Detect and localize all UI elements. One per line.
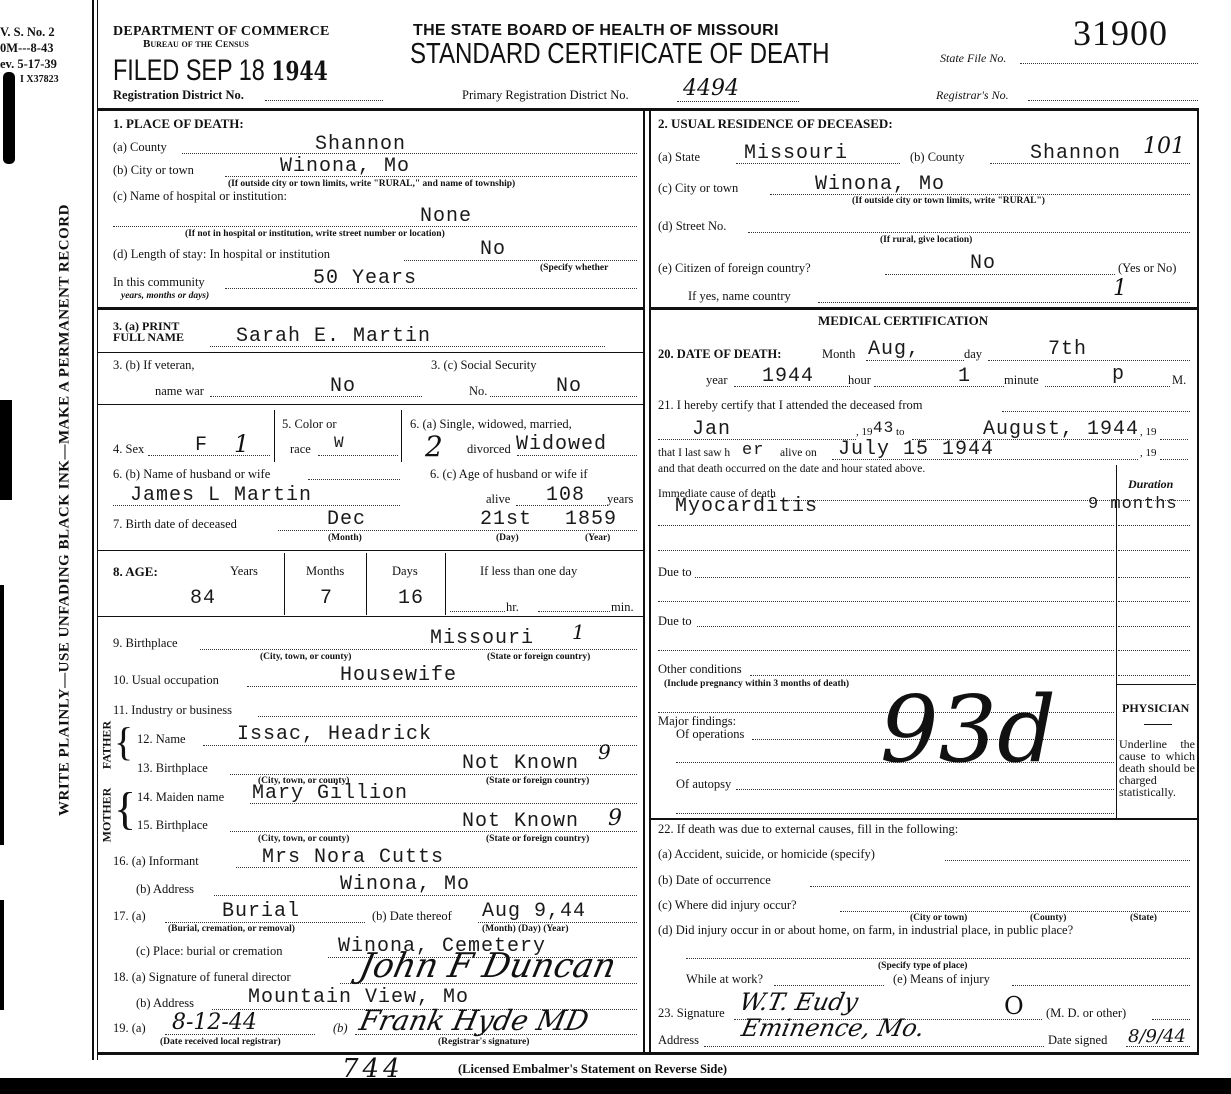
- marital-check-mark: 2: [425, 430, 443, 463]
- death-year-value: 1944: [762, 365, 814, 388]
- duration-field-6[interactable]: [1118, 626, 1190, 627]
- autopsy-field[interactable]: [736, 789, 1114, 790]
- residence-state-label: (a) State: [658, 150, 700, 165]
- occupation-value: Housewife: [340, 664, 457, 687]
- length-of-stay-value: No: [480, 238, 506, 261]
- registrar-date-label: 19. (a): [113, 1021, 146, 1036]
- external-b-field[interactable]: [810, 886, 1190, 887]
- scan-artifact-bar-bottom: [0, 900, 4, 1010]
- duration-field-1[interactable]: [1118, 500, 1190, 501]
- scan-artifact-bar-mid: [0, 400, 12, 500]
- foreign-country-field[interactable]: [818, 302, 1190, 303]
- social-security-no-label: No.: [469, 384, 487, 399]
- death-county-label: (a) County: [113, 140, 167, 155]
- scan-artifact-bar-top: [3, 72, 15, 164]
- informant-address-value: Winona, Mo: [340, 873, 470, 896]
- death-hour-field[interactable]: [874, 386, 1004, 387]
- state-file-number: 31900: [1073, 12, 1168, 54]
- external-causes-heading: 22. If death was due to external causes,…: [658, 822, 958, 837]
- citizen-field[interactable]: [885, 274, 1115, 275]
- birth-month-value: Dec: [327, 508, 366, 531]
- marital-value: Widowed: [516, 433, 607, 456]
- death-month-value: Aug,: [868, 338, 920, 361]
- citizen-yes-no-suffix: (Yes or No): [1118, 261, 1176, 276]
- foreign-country-label: If yes, name country: [688, 289, 791, 304]
- industry-label: 11. Industry or business: [113, 703, 232, 718]
- race-value: W: [334, 434, 345, 452]
- age-less-than-day-label: If less than one day: [480, 564, 577, 579]
- last-saw-label: that I last saw h: [658, 447, 730, 459]
- attended-from-field[interactable]: [658, 439, 856, 440]
- registrars-no-field[interactable]: [1028, 100, 1198, 101]
- operations-label: Of operations: [676, 727, 744, 742]
- father-state-note: (State or foreign country): [486, 776, 589, 786]
- informant-address-label: (b) Address: [136, 882, 194, 897]
- death-year-label: year: [706, 373, 728, 388]
- while-at-work-field[interactable]: [774, 985, 884, 986]
- occupation-label: 10. Usual occupation: [113, 673, 219, 688]
- foreign-country-check-mark: 1: [1113, 276, 1127, 301]
- date-signed-label: Date signed: [1048, 1033, 1107, 1048]
- spouse-label-dots: [308, 479, 400, 480]
- rule-after-name: [97, 352, 643, 353]
- external-c-county-note: (County): [1030, 913, 1066, 923]
- birth-day-value: 21st: [480, 508, 532, 531]
- age-days-label: Days: [392, 564, 418, 579]
- disposition-date-label: (b) Date thereof: [372, 909, 452, 924]
- father-side-label: FATHER: [100, 721, 115, 769]
- disposition-label: 17. (a): [113, 909, 146, 924]
- mother-birthplace-value: Not Known: [462, 810, 579, 833]
- funeral-director-signature: John F Duncan: [356, 946, 620, 986]
- rule-after-medical: [649, 818, 1199, 820]
- header-rule: [97, 108, 1199, 111]
- autopsy-label: Of autopsy: [676, 777, 731, 792]
- spouse-age-label: 6. (c) Age of husband or wife if: [430, 467, 588, 482]
- attended-from-year-prefix: , 19: [856, 426, 873, 438]
- death-minute-value: p: [1112, 363, 1125, 386]
- registrar-signature-label: (b): [333, 1021, 348, 1036]
- physician-underline: [1144, 724, 1172, 725]
- age-months-value: 7: [320, 587, 333, 610]
- means-of-injury-label: (e) Means of injury: [893, 972, 990, 987]
- birth-year-note: (Year): [585, 533, 610, 543]
- immediate-cause-duration: 9 months: [1088, 495, 1178, 514]
- veteran-label: 3. (b) If veteran,: [113, 358, 195, 373]
- duration-field-7[interactable]: [1118, 650, 1190, 651]
- cause-code-annotation: 93d: [880, 680, 1056, 780]
- state-file-label: State File No.: [940, 51, 1006, 66]
- death-hour-value: 1: [958, 365, 971, 388]
- immediate-cause-value: Myocarditis: [675, 495, 818, 518]
- full-name-value: Sarah E. Martin: [236, 325, 431, 348]
- birthplace-state-note: (State or foreign country): [487, 652, 590, 662]
- spouse-label: 6. (b) Name of husband or wife: [113, 467, 270, 482]
- physician-signature-label: 23. Signature: [658, 1006, 725, 1021]
- external-c-state-note: (State): [1130, 913, 1157, 923]
- death-county-value: Shannon: [315, 133, 406, 156]
- veteran-value: No: [330, 375, 356, 398]
- death-minute-field[interactable]: [1045, 386, 1170, 387]
- registration-district-label: Registration District No.: [113, 88, 244, 103]
- death-occurred-label: and that death occurred on the date and …: [658, 463, 925, 475]
- age-years-divider: [284, 553, 285, 615]
- filed-stamp-year: 1944: [271, 57, 327, 87]
- attended-to-suffix: , 19: [1140, 426, 1157, 438]
- last-saw-pronoun: er: [742, 441, 764, 460]
- divorced-label: divorced: [467, 442, 511, 457]
- residence-city-note: (If outside city or town limits, write "…: [852, 196, 1045, 206]
- father-name-value: Issac, Headrick: [237, 723, 432, 746]
- sex-value: F: [195, 434, 208, 457]
- race-field[interactable]: [318, 455, 398, 456]
- spouse-alive-label: alive: [486, 492, 510, 507]
- frame-left-inner: [97, 0, 98, 1060]
- state-file-field[interactable]: [1020, 63, 1198, 64]
- form-id-line-1: V. S. No. 2: [0, 24, 59, 40]
- physician-label: PHYSICIAN: [1122, 701, 1189, 716]
- physician-address-value: Eminence, Mo.: [739, 1014, 927, 1042]
- age-days-divider: [445, 553, 446, 615]
- informant-value: Mrs Nora Cutts: [262, 846, 444, 869]
- rule-after-place: [97, 307, 643, 310]
- alive-on-label: alive on: [780, 447, 817, 459]
- community-value: 50 Years: [313, 267, 417, 290]
- spouse-age-value: 108: [546, 484, 585, 507]
- community-label: In this community: [113, 275, 205, 290]
- birthplace-field[interactable]: [200, 649, 637, 650]
- community-field[interactable]: [225, 288, 637, 289]
- spouse-value: James L Martin: [130, 484, 312, 507]
- md-or-other-field[interactable]: [1152, 1019, 1190, 1020]
- col-right-border-left: [649, 110, 651, 1055]
- race-label: race: [290, 442, 311, 457]
- death-meridiem-suffix: M.: [1172, 373, 1186, 388]
- death-city-value: Winona, Mo: [280, 155, 410, 178]
- attended-to-label: to: [896, 426, 905, 438]
- street-field[interactable]: [748, 232, 1190, 233]
- sex-check-mark: 1: [234, 430, 249, 458]
- alive-on-suffix: , 19: [1140, 447, 1157, 459]
- social-security-value: No: [556, 375, 582, 398]
- disposition-date-value: Aug 9,44: [482, 900, 586, 923]
- death-hour-label: hour: [848, 373, 871, 388]
- citizen-value: No: [970, 252, 996, 275]
- autopsy-line-2[interactable]: [676, 813, 1114, 814]
- means-of-injury-field[interactable]: [1012, 985, 1190, 986]
- date-of-death-label: 20. DATE OF DEATH:: [658, 347, 781, 362]
- hospital-value: None: [420, 205, 472, 228]
- external-a-field[interactable]: [945, 860, 1190, 861]
- length-of-stay-field[interactable]: [404, 260, 637, 261]
- duration-field-2[interactable]: [1118, 525, 1190, 526]
- duration-field-5[interactable]: [1118, 601, 1190, 602]
- col-left-border-right: [643, 110, 645, 1055]
- due-to-1-line-2[interactable]: [658, 601, 1114, 602]
- hospital-field[interactable]: [113, 226, 637, 227]
- registrars-no-label: Registrar's No.: [936, 88, 1009, 103]
- death-city-label: (b) City or town: [113, 163, 194, 178]
- specify-whether-note: (Specify whether: [540, 263, 608, 273]
- age-days-value: 16: [398, 587, 424, 610]
- physician-signature: W.T. Eudy: [737, 988, 861, 1016]
- birthplace-city-note: (City, town, or county): [260, 652, 351, 662]
- external-c-field[interactable]: [840, 911, 1190, 912]
- full-name-label: 3. (a) PRINT FULL NAME: [113, 321, 184, 343]
- age-hours-label: hr.: [506, 600, 519, 615]
- external-d-label: (d) Did injury occur in or about home, o…: [658, 923, 1073, 938]
- other-conditions-label: Other conditions: [658, 662, 742, 677]
- due-to-2-label: Due to: [658, 614, 692, 629]
- external-c-label: (c) Where did injury occur?: [658, 898, 797, 913]
- industry-field[interactable]: [258, 716, 637, 717]
- birthplace-check-mark: 1: [572, 620, 585, 644]
- certify-field[interactable]: [1002, 411, 1190, 412]
- community-note: years, months or days): [121, 291, 209, 301]
- disposition-value: Burial: [222, 900, 300, 923]
- death-county-field[interactable]: [182, 153, 637, 154]
- frame-left-outer: [92, 0, 94, 1060]
- residence-city-value: Winona, Mo: [815, 173, 945, 196]
- birthplace-value: Missouri: [430, 627, 534, 650]
- rule-after-birthdate: [97, 550, 643, 551]
- primary-district-value: 4494: [683, 76, 739, 101]
- physician-box-top: [1116, 684, 1196, 685]
- sex-divider: [274, 410, 275, 462]
- external-d-field[interactable]: [686, 958, 1190, 959]
- registration-district-field[interactable]: [265, 100, 383, 101]
- registrar-date-note: (Date received local registrar): [160, 1037, 281, 1047]
- certificate-title: STANDARD CERTIFICATE OF DEATH: [410, 38, 829, 71]
- date-signed-value: 8/9/44: [1128, 1026, 1186, 1047]
- age-months-divider: [366, 553, 367, 615]
- spouse-age-unit: years: [607, 492, 633, 507]
- attended-to-year-field[interactable]: [1160, 439, 1188, 440]
- immediate-cause-field[interactable]: [780, 500, 1116, 501]
- residence-county-code: 101: [1143, 134, 1185, 159]
- scan-bottom-edge: [0, 1078, 1231, 1094]
- duration-field-3[interactable]: [1118, 550, 1190, 551]
- physician-note: Underline the cause to which death shoul…: [1119, 738, 1195, 798]
- age-minutes-field[interactable]: [538, 611, 610, 612]
- birth-month-note: (Month): [328, 533, 362, 543]
- birth-day-note: (Day): [496, 533, 519, 543]
- death-day-label: day: [964, 347, 982, 362]
- rule-after-residence: [649, 307, 1199, 310]
- sex-field[interactable]: [148, 455, 270, 456]
- full-name-label-2: FULL NAME: [113, 332, 184, 343]
- medical-certification-heading: MEDICAL CERTIFICATION: [818, 313, 988, 329]
- immediate-cause-line-3[interactable]: [658, 550, 1114, 551]
- while-at-work-label: While at work?: [686, 972, 763, 987]
- other-conditions-note: (Include pregnancy within 3 months of de…: [664, 679, 849, 689]
- length-of-stay-label: (d) Length of stay: In hospital or insti…: [113, 247, 330, 262]
- age-minutes-label: min.: [611, 600, 634, 615]
- footer-rule: [97, 1052, 1199, 1055]
- embalmer-note: (Licensed Embalmer's Statement on Revers…: [458, 1062, 727, 1077]
- alive-on-year-field[interactable]: [1160, 459, 1188, 460]
- registrar-date-value: 8-12-44: [172, 1010, 257, 1035]
- residence-state-value: Missouri: [744, 142, 848, 165]
- duration-divider: [1116, 465, 1117, 820]
- social-security-label: 3. (c) Social Security: [431, 358, 537, 373]
- residence-county-value: Shannon: [1030, 142, 1121, 165]
- due-to-1-label: Due to: [658, 565, 692, 580]
- due-to-2-field[interactable]: [697, 626, 1114, 627]
- father-name-label: 12. Name: [137, 732, 186, 747]
- age-label: 8. AGE:: [113, 564, 158, 580]
- mother-check-mark: 9: [608, 806, 622, 831]
- physician-signature-mark: O: [1004, 992, 1024, 1020]
- external-d-note: (Specify type of place): [878, 961, 967, 971]
- death-day-value: 7th: [1048, 338, 1087, 361]
- mother-birthplace-label: 15. Birthplace: [137, 818, 208, 833]
- death-city-note: (If outside city or town limits, write "…: [228, 179, 515, 189]
- citizen-label: (e) Citizen of foreign country?: [658, 261, 811, 276]
- mother-name-label: 14. Maiden name: [137, 790, 224, 805]
- color-label: 5. Color or: [282, 417, 337, 432]
- md-or-other-label: (M. D. or other): [1046, 1006, 1126, 1021]
- veteran-field[interactable]: [210, 396, 422, 397]
- due-to-1-field[interactable]: [695, 577, 1114, 578]
- informant-label: 16. (a) Informant: [113, 854, 199, 869]
- filed-stamp: FILED SEP 18 1944: [113, 54, 328, 88]
- death-minute-label: minute: [1004, 373, 1039, 388]
- place-of-death-heading: 1. PLACE OF DEATH:: [113, 116, 244, 132]
- death-day-field[interactable]: [988, 360, 1190, 361]
- primary-district-label: Primary Registration District No.: [462, 88, 629, 103]
- form-id-line-2: 0M---8-43: [0, 40, 59, 56]
- birth-year-value: 1859: [565, 508, 617, 531]
- mother-side-label: MOTHER: [100, 788, 115, 843]
- due-to-2-line-2[interactable]: [658, 650, 1114, 651]
- burial-place-label: (c) Place: burial or cremation: [136, 944, 282, 959]
- rule-after-veteran: [97, 404, 643, 405]
- race-divider: [401, 410, 402, 462]
- street-label: (d) Street No.: [658, 219, 726, 234]
- age-years-value: 84: [190, 587, 216, 610]
- external-b-label: (b) Date of occurrence: [658, 873, 771, 888]
- residence-county-label: (b) County: [910, 150, 965, 165]
- mother-brace: {: [114, 786, 136, 832]
- registrar-signature: Frank Hyde MD: [356, 1004, 591, 1037]
- bureau-label: Bureau of the Census: [143, 38, 249, 50]
- scan-artifact-bar-low: [0, 585, 4, 845]
- father-birthplace-value: Not Known: [462, 752, 579, 775]
- duration-label: Duration: [1128, 477, 1173, 492]
- mother-city-note: (City, town, or county): [258, 834, 349, 844]
- residence-city-label: (c) City or town: [658, 181, 738, 196]
- immediate-cause-line-2[interactable]: [658, 525, 1114, 526]
- attended-from-value: Jan: [692, 418, 731, 441]
- external-a-label: (a) Accident, suicide, or homicide (spec…: [658, 847, 875, 862]
- street-note: (If rural, give location): [880, 235, 972, 245]
- duration-field-8[interactable]: [1118, 675, 1190, 676]
- primary-district-field[interactable]: [677, 101, 799, 102]
- age-months-label: Months: [306, 564, 344, 579]
- sex-label: 4. Sex: [113, 442, 144, 457]
- funeral-director-label: 18. (a) Signature of funeral director: [113, 970, 291, 985]
- physician-address-label: Address: [658, 1033, 699, 1048]
- age-hours-field[interactable]: [450, 611, 505, 612]
- mother-state-note: (State or foreign country): [486, 834, 589, 844]
- hospital-label: (c) Name of hospital or institution:: [113, 189, 287, 204]
- registrar-signature-note: (Registrar's signature): [438, 1037, 529, 1047]
- father-birthplace-label: 13. Birthplace: [137, 761, 208, 776]
- duration-field-4[interactable]: [1118, 577, 1190, 578]
- certify-label: 21. I hereby certify that I attended the…: [658, 398, 922, 413]
- attended-from-year: 43: [873, 419, 894, 437]
- disposition-note: (Burial, cremation, or removal): [168, 924, 295, 934]
- vertical-notice: WRITE PLAINLY—USE UNFADING BLACK INK—MAK…: [57, 130, 74, 890]
- funeral-director-address-label: (b) Address: [136, 996, 194, 1011]
- veteran-war-label: name war: [155, 384, 204, 399]
- residence-heading: 2. USUAL RESIDENCE OF DECEASED:: [658, 116, 893, 132]
- attended-to-value: August, 1944: [983, 418, 1139, 441]
- death-month-label: Month: [822, 347, 855, 362]
- birth-date-label: 7. Birth date of deceased: [113, 517, 237, 532]
- father-brace: {: [114, 722, 133, 762]
- father-check-mark: 9: [598, 740, 611, 764]
- rule-after-age: [97, 616, 643, 617]
- form-id-line-3: ev. 5-17-39: [0, 56, 59, 72]
- mother-name-value: Mary Gillion: [252, 782, 408, 805]
- age-years-label: Years: [230, 564, 258, 579]
- physician-address-field[interactable]: [704, 1046, 1044, 1047]
- alive-on-value: July 15 1944: [838, 438, 994, 461]
- external-c-city-note: (City or town): [910, 913, 967, 923]
- disposition-date-note: (Month) (Day) (Year): [482, 924, 569, 934]
- filed-stamp-text: FILED SEP 18: [113, 54, 265, 87]
- hospital-note: (If not in hospital or institution, writ…: [185, 229, 445, 239]
- birthplace-label: 9. Birthplace: [113, 636, 178, 651]
- frame-right: [1197, 110, 1199, 1055]
